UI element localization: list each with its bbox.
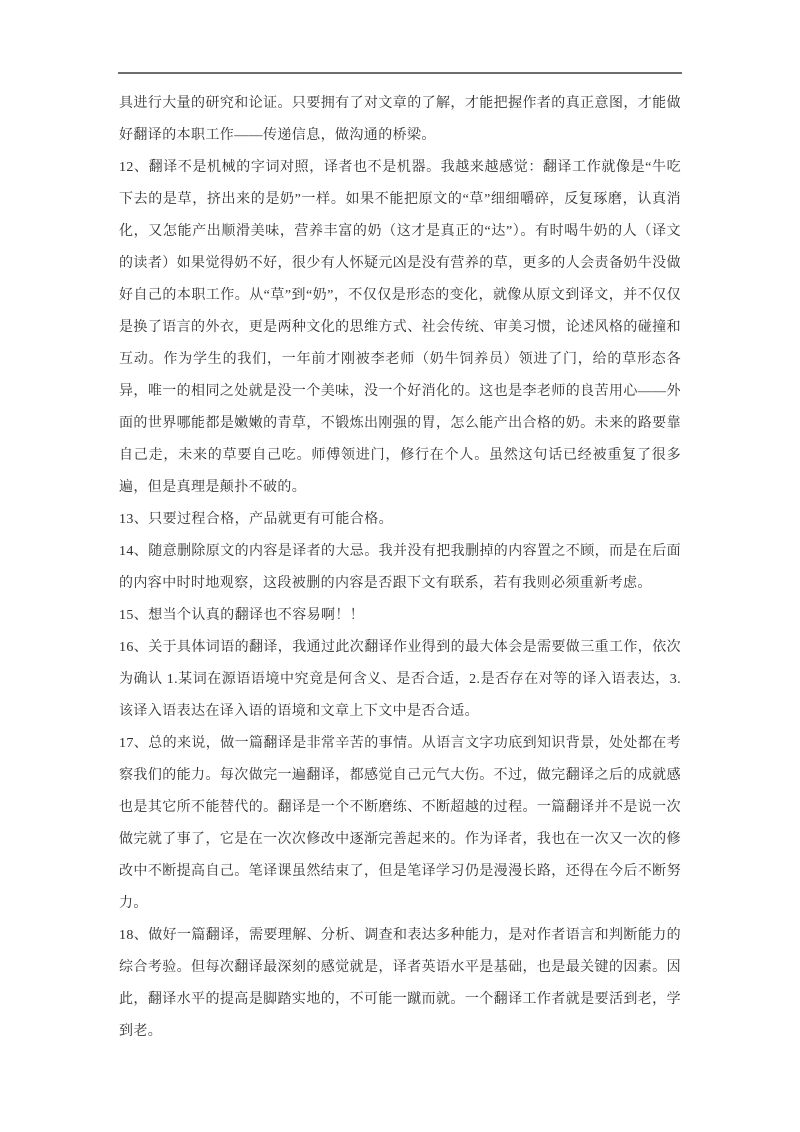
document-body: 具进行大量的研究和论证。只要拥有了对文章的了解，才能把握作者的真正意图，才能做好…	[119, 88, 681, 1048]
paragraph-12: 12、翻译不是机械的字词对照，译者也不是机器。我越来越感觉：翻译工作就像是“牛吃…	[119, 152, 681, 504]
paragraph-14: 14、随意删除原文的内容是译者的大忌。我并没有把我删掉的内容置之不顾，而是在后面…	[119, 536, 681, 600]
document-page: 具进行大量的研究和论证。只要拥有了对文章的了解，才能把握作者的真正意图，才能做好…	[0, 0, 800, 1132]
paragraph-18: 18、做好一篇翻译，需要理解、分析、调查和表达多种能力，是对作者语言和判断能力的…	[119, 920, 681, 1048]
paragraph-continuation: 具进行大量的研究和论证。只要拥有了对文章的了解，才能把握作者的真正意图，才能做好…	[119, 88, 681, 152]
paragraph-17: 17、总的来说，做一篇翻译是非常辛苦的事情。从语言文字功底到知识背景，处处都在考…	[119, 728, 681, 920]
header-rule	[118, 72, 682, 74]
paragraph-15: 15、想当个认真的翻译也不容易啊！！	[119, 600, 681, 632]
paragraph-16: 16、关于具体词语的翻译，我通过此次翻译作业得到的最大体会是需要做三重工作，依次…	[119, 632, 681, 728]
paragraph-13: 13、只要过程合格，产品就更有可能合格。	[119, 504, 681, 536]
